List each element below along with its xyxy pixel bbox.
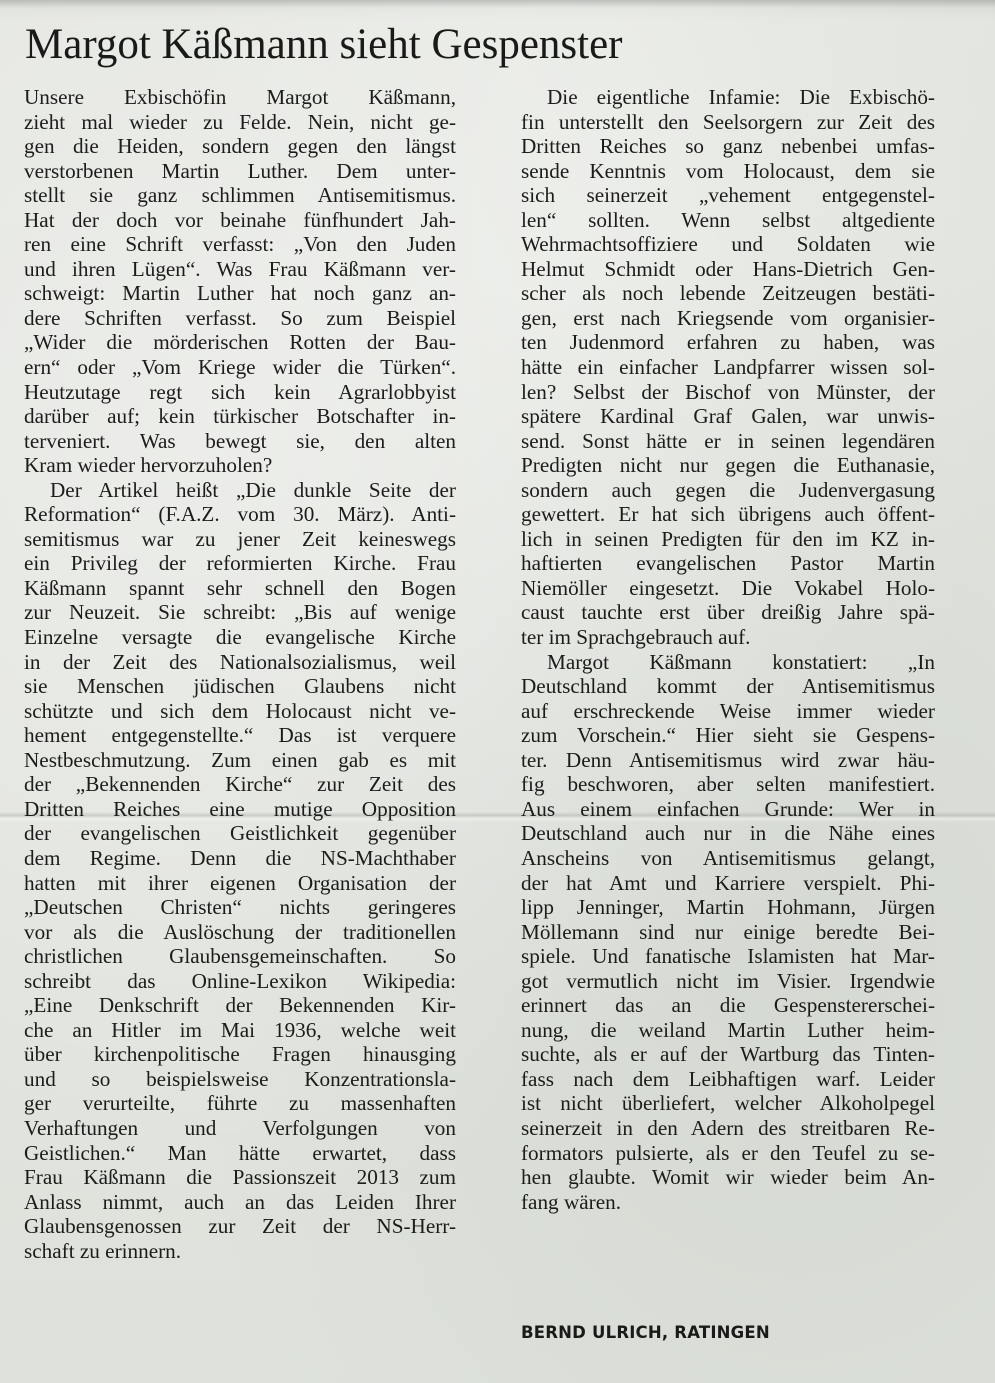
text-line: sie Menschen jüdischen Glaubens nicht	[24, 674, 456, 699]
author-signature: BERND ULRICH, RATINGEN	[521, 1323, 770, 1342]
left-column: Unsere Exbischöfin Margot Käßmann,zieht …	[24, 85, 456, 1263]
text-line: ger verurteilte, führte zu massenhaften	[24, 1091, 456, 1116]
text-line: Wehrmachtsoffiziere und Soldaten wie	[521, 232, 935, 257]
scan-top-edge	[0, 0, 995, 8]
text-line: der evangelischen Geistlichkeit gegenübe…	[24, 821, 456, 846]
text-line: terveniert. Was bewegt sie, den alten	[24, 429, 456, 454]
text-line: ist nicht überliefert, welcher Alkoholpe…	[521, 1091, 935, 1116]
text-line: Kram wieder hervorzuholen?	[24, 453, 456, 478]
text-line: Frau Käßmann die Passionszeit 2013 zum	[24, 1165, 456, 1190]
text-line: caust tauchte erst über dreißig Jahre sp…	[521, 600, 935, 625]
text-line: Deutschland kommt der Antisemitismus	[521, 674, 935, 699]
text-line: Aus einem einfachen Grunde: Wer in	[521, 797, 935, 822]
text-line: sich seinerzeit „vehement entgegenstel-	[521, 183, 935, 208]
text-line: fass nach dem Leibhaftigen warf. Leider	[521, 1067, 935, 1092]
text-line: Niemöller eingesetzt. Die Vokabel Holo-	[521, 576, 935, 601]
text-line: der „Bekennenden Kirche“ zur Zeit des	[24, 772, 456, 797]
text-line: Möllemann sind nur einige beredte Bei-	[521, 920, 935, 945]
text-line: in der Zeit des Nationalsozialismus, wei…	[24, 650, 456, 675]
text-line: zieht mal wieder zu Felde. Nein, nicht g…	[24, 110, 456, 135]
text-line: Reformation“ (F.A.Z. vom 30. März). Anti…	[24, 502, 456, 527]
text-line: fang wären.	[521, 1190, 935, 1215]
text-line: Anscheins von Antisemitismus gelangt,	[521, 846, 935, 871]
text-line: gen, erst nach Kriegsende vom organisier…	[521, 306, 935, 331]
text-line: fig beschworen, aber selten manifestiert…	[521, 772, 935, 797]
text-line: seinerzeit in den Adern des streitbaren …	[521, 1116, 935, 1141]
text-line: len“ sollten. Wenn selbst altgediente	[521, 208, 935, 233]
text-line: got vermutlich nicht im Visier. Irgendwi…	[521, 969, 935, 994]
text-line: christlichen Glaubensgemeinschaften. So	[24, 944, 456, 969]
text-line: che an Hitler im Mai 1936, welche weit	[24, 1018, 456, 1043]
text-line: vor als die Auslöschung der traditionell…	[24, 920, 456, 945]
text-line: Einzelne versagte die evangelische Kirch…	[24, 625, 456, 650]
text-line: lich in seinen Predigten für den im KZ i…	[521, 527, 935, 552]
text-line: und so beispielsweise Konzentrationsla-	[24, 1067, 456, 1092]
text-line: Der Artikel heißt „Die dunkle Seite der	[24, 478, 456, 503]
text-line: ren eine Schrift verfasst: „Von den Jude…	[24, 232, 456, 257]
text-line: dere Schriften verfasst. So zum Beispiel	[24, 306, 456, 331]
text-line: Dritten Reiches eine mutige Opposition	[24, 797, 456, 822]
text-line: spiele. Und fanatische Islamisten hat Ma…	[521, 944, 935, 969]
text-line: „Wider die mörderischen Rotten der Bau-	[24, 330, 456, 355]
text-line: darüber auf; kein türkischer Botschafter…	[24, 404, 456, 429]
text-line: verstorbenen Martin Luther. Dem unter-	[24, 159, 456, 184]
text-line: auf erschreckende Weise immer wieder	[521, 699, 935, 724]
text-line: Hat der doch vor beinahe fünfhundert Jah…	[24, 208, 456, 233]
text-line: schützte und sich dem Holocaust nicht ve…	[24, 699, 456, 724]
text-line: ein Privileg der reformierten Kirche. Fr…	[24, 551, 456, 576]
text-line: hen glaubte. Womit wir wieder beim An-	[521, 1165, 935, 1190]
text-line: Die eigentliche Infamie: Die Exbischö-	[521, 85, 935, 110]
text-line: ern“ oder „Vom Kriege wider die Türken“.	[24, 355, 456, 380]
text-line: Nestbeschmutzung. Zum einen gab es mit	[24, 748, 456, 773]
text-line: haftierten evangelischen Pastor Martin	[521, 551, 935, 576]
text-line: Käßmann spannt sehr schnell den Bogen	[24, 576, 456, 601]
text-line: ten Judenmord erfahren zu haben, was	[521, 330, 935, 355]
text-line: Unsere Exbischöfin Margot Käßmann,	[24, 85, 456, 110]
text-line: Deutschland auch nur in die Nähe eines	[521, 821, 935, 846]
article-title: Margot Käßmann sieht Gespenster	[25, 20, 623, 70]
text-line: stellt sie ganz schlimmen Antisemitismus…	[24, 183, 456, 208]
text-line: der hat Amt und Karriere verspielt. Phi-	[521, 871, 935, 896]
text-line: über kirchenpolitische Fragen hinausging	[24, 1042, 456, 1067]
text-line: Predigten nicht nur gegen die Euthanasie…	[521, 453, 935, 478]
text-line: Verhaftungen und Verfolgungen von	[24, 1116, 456, 1141]
right-column: Die eigentliche Infamie: Die Exbischö-fi…	[521, 85, 935, 1214]
text-line: fin unterstellt den Seelsorgern zur Zeit…	[521, 110, 935, 135]
text-line: schreibt das Online-Lexikon Wikipedia:	[24, 969, 456, 994]
text-line: „Deutschen Christen“ nichts geringeres	[24, 895, 456, 920]
text-line: hätte ein einfacher Landpfarrer wissen s…	[521, 355, 935, 380]
text-line: sende Kenntnis vom Holocaust, dem sie	[521, 159, 935, 184]
text-line: Margot Käßmann konstatiert: „In	[521, 650, 935, 675]
text-line: hatten mit ihrer eigenen Organisation de…	[24, 871, 456, 896]
text-line: formators pulsierte, als er den Teufel z…	[521, 1141, 935, 1166]
text-line: spätere Kardinal Graf Galen, war unwis-	[521, 404, 935, 429]
text-line: schweigt: Martin Luther hat noch ganz an…	[24, 281, 456, 306]
text-line: dem Regime. Denn die NS-Machthaber	[24, 846, 456, 871]
text-line: sondern auch gegen die Judenvergasung	[521, 478, 935, 503]
text-line: semitismus war zu jener Zeit keineswegs	[24, 527, 456, 552]
text-line: zum Vorschein.“ Hier sieht sie Gespens-	[521, 723, 935, 748]
text-line: suchte, als er auf der Wartburg das Tint…	[521, 1042, 935, 1067]
text-line: lipp Jenninger, Martin Hohmann, Jürgen	[521, 895, 935, 920]
text-line: zur Neuzeit. Sie schreibt: „Bis auf weni…	[24, 600, 456, 625]
text-line: Geistlichen.“ Man hätte erwartet, dass	[24, 1141, 456, 1166]
text-line: gewettert. Er hat sich übrigens auch öff…	[521, 502, 935, 527]
text-line: ter. Denn Antisemitismus wird zwar häu-	[521, 748, 935, 773]
text-line: „Eine Denkschrift der Bekennenden Kir-	[24, 993, 456, 1018]
text-line: Anlass nimmt, auch an das Leiden Ihrer	[24, 1190, 456, 1215]
text-line: send. Sonst hätte er in seinen legendäre…	[521, 429, 935, 454]
text-line: hement entgegenstellte.“ Das ist verquer…	[24, 723, 456, 748]
text-line: Helmut Schmidt oder Hans-Dietrich Gen-	[521, 257, 935, 282]
text-line: Dritten Reiches so ganz nebenbei umfas-	[521, 134, 935, 159]
text-line: erinnert das an die Gespenstererschei-	[521, 993, 935, 1018]
text-line: und ihren Lügen“. Was Frau Käßmann ver-	[24, 257, 456, 282]
text-line: gen die Heiden, sondern gegen den längst	[24, 134, 456, 159]
text-line: schaft zu erinnern.	[24, 1239, 456, 1264]
text-line: Heutzutage regt sich kein Agrarlobbyist	[24, 380, 456, 405]
text-line: ter im Sprachgebrauch auf.	[521, 625, 935, 650]
text-line: len? Selbst der Bischof von Münster, der	[521, 380, 935, 405]
text-line: Glaubensgenossen zur Zeit der NS-Herr-	[24, 1214, 456, 1239]
text-line: nung, die weiland Martin Luther heim-	[521, 1018, 935, 1043]
text-line: scher als noch lebende Zeitzeugen bestät…	[521, 281, 935, 306]
